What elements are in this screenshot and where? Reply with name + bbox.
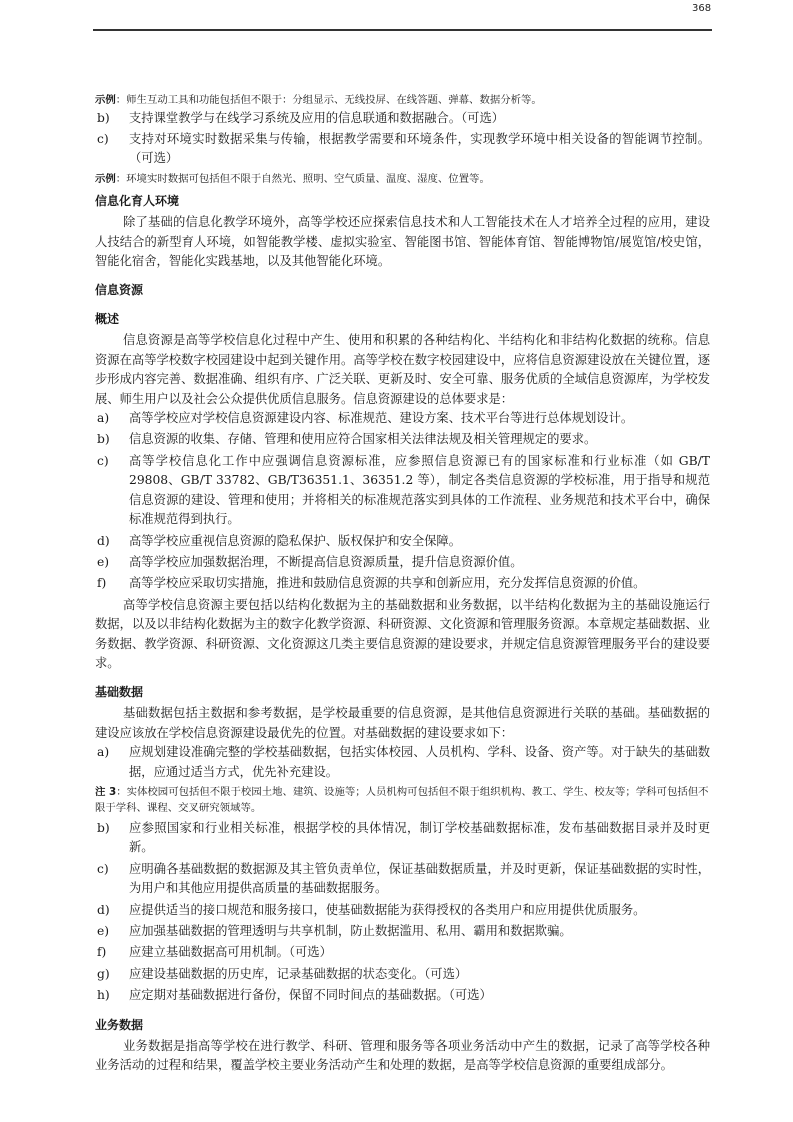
list-text: 应建设基础数据的历史库，记录基础数据的状态变化。（可选） <box>129 967 467 981</box>
section-heading: 概述 <box>95 310 710 329</box>
section-heading: 业务数据 <box>95 1016 710 1035</box>
list-label: e) <box>97 922 109 941</box>
note-text: ：实体校园可包括但不限于校园土地、建筑、设施等；人员机构可包括但不限于组织机构、… <box>95 786 709 815</box>
list-label: d) <box>97 532 110 551</box>
list-label: b) <box>97 819 110 838</box>
example-label: 示例 <box>95 173 116 185</box>
list-label: c) <box>97 860 109 879</box>
paragraph: 业务数据是指高等学校在进行教学、科研、管理和服务等各项业务活动中产生的数据，记录… <box>95 1037 710 1076</box>
list-item: b)支持课堂教学与在线学习系统及应用的信息联通和数据融合。（可选） <box>95 109 710 128</box>
list-text: 应参照国家和行业相关标准，根据学校的具体情况，制订学校基础数据标准，发布基础数据… <box>129 821 710 854</box>
list-text: 高等学校应对学校信息资源建设内容、标准规范、建设方案、技术平台等进行总体规划设计… <box>129 411 633 425</box>
document-body: 示例：师生互动工具和功能包括但不限于：分组显示、无线投屏、在线答题、弹幕、数据分… <box>95 92 710 1075</box>
list-item: b)信息资源的收集、存储、管理和使用应符合国家相关法律法规及相关管理规定的要求。 <box>95 430 710 449</box>
list-label: c) <box>97 452 109 471</box>
list-item: c)支持对环境实时数据采集与传输，根据教学需要和环境条件，实现教学环境中相关设备… <box>95 130 710 169</box>
note: 注 3：实体校园可包括但不限于校园土地、建筑、设施等；人员机构可包括但不限于组织… <box>95 784 710 817</box>
list-item: d)应提供适当的接口规范和服务接口，使基础数据能为获得授权的各类用户和应用提供优… <box>95 901 710 920</box>
list-text: 应建立基础数据高可用机制。（可选） <box>129 945 332 959</box>
list-label: d) <box>97 901 110 920</box>
list-item: f)高等学校应采取切实措施，推进和鼓励信息资源的共享和创新应用，充分发挥信息资源… <box>95 574 710 593</box>
list-label: b) <box>97 109 110 128</box>
list-item: e)应加强基础数据的管理透明与共享机制，防止数据滥用、私用、霸用和数据欺骗。 <box>95 922 710 941</box>
list-text: 支持课堂教学与在线学习系统及应用的信息联通和数据融合。（可选） <box>129 111 504 125</box>
list-item: g)应建设基础数据的历史库，记录基础数据的状态变化。（可选） <box>95 965 710 984</box>
list-item: c)高等学校信息化工作中应强调信息资源标准，应参照信息资源已有的国家标准和行业标… <box>95 452 710 530</box>
example-text: ：师生互动工具和功能包括但不限于：分组显示、无线投屏、在线答题、弹幕、数据分析等… <box>116 94 542 106</box>
list-text: 高等学校应采取切实措施，推进和鼓励信息资源的共享和创新应用，充分发挥信息资源的价… <box>129 576 645 590</box>
header-rule <box>93 29 712 31</box>
section-heading: 信息化育人环境 <box>95 192 710 211</box>
list-item: a)高等学校应对学校信息资源建设内容、标准规范、建设方案、技术平台等进行总体规划… <box>95 409 710 428</box>
list-label: e) <box>97 553 109 572</box>
section-heading: 信息资源 <box>95 281 710 300</box>
list-text: 支持对环境实时数据采集与传输，根据教学需要和环境条件，实现教学环境中相关设备的智… <box>129 132 710 165</box>
list-item: b)应参照国家和行业相关标准，根据学校的具体情况，制订学校基础数据标准，发布基础… <box>95 819 710 858</box>
page-number: 368 <box>692 3 711 14</box>
section-heading: 基础数据 <box>95 683 710 702</box>
list-text: 信息资源的收集、存储、管理和使用应符合国家相关法律法规及相关管理规定的要求。 <box>129 432 596 446</box>
list-label: a) <box>97 743 109 762</box>
list-item: h)应定期对基础数据进行备份，保留不同时间点的基础数据。（可选） <box>95 986 710 1005</box>
list-item: c)应明确各基础数据的数据源及其主管负责单位，保证基础数据质量，并及时更新，保证… <box>95 860 710 899</box>
example-label: 示例 <box>95 94 116 106</box>
list-label: b) <box>97 430 110 449</box>
note-label: 注 3 <box>95 786 116 798</box>
list-text: 高等学校应重视信息资源的隐私保护、版权保护和安全保障。 <box>129 534 461 548</box>
list-item: e)高等学校应加强数据治理，不断提高信息资源质量，提升信息资源价值。 <box>95 553 710 572</box>
list-label: a) <box>97 409 109 428</box>
example-text: ：环境实时数据可包括但不限于自然光、照明、空气质量、温度、湿度、位置等。 <box>116 173 490 185</box>
list-label: f) <box>97 943 106 962</box>
list-label: c) <box>97 130 109 149</box>
example-note: 示例：环境实时数据可包括但不限于自然光、照明、空气质量、温度、湿度、位置等。 <box>95 171 710 188</box>
list-text: 应加强基础数据的管理透明与共享机制，防止数据滥用、私用、霸用和数据欺骗。 <box>129 924 572 938</box>
list-text: 应定期对基础数据进行备份，保留不同时间点的基础数据。（可选） <box>129 988 492 1002</box>
list-text: 应提供适当的接口规范和服务接口，使基础数据能为获得授权的各类用户和应用提供优质服… <box>129 903 645 917</box>
example-note: 示例：师生互动工具和功能包括但不限于：分组显示、无线投屏、在线答题、弹幕、数据分… <box>95 92 710 109</box>
paragraph: 除了基础的信息化教学环境外，高等学校还应探索信息技术和人工智能技术在人才培养全过… <box>95 213 710 271</box>
list-label: f) <box>97 574 106 593</box>
list-item: d)高等学校应重视信息资源的隐私保护、版权保护和安全保障。 <box>95 532 710 551</box>
list-text: 高等学校信息化工作中应强调信息资源标准，应参照信息资源已有的国家标准和行业标准（… <box>129 454 710 526</box>
list-label: g) <box>97 965 110 984</box>
list-item: a)应规划建设准确完整的学校基础数据，包括实体校园、人员机构、学科、设备、资产等… <box>95 743 710 782</box>
paragraph: 基础数据包括主数据和参考数据，是学校最重要的信息资源，是其他信息资源进行关联的基… <box>95 704 710 743</box>
list-text: 应明确各基础数据的数据源及其主管负责单位，保证基础数据质量，并及时更新，保证基础… <box>129 862 710 895</box>
list-label: h) <box>97 986 110 1005</box>
list-text: 高等学校应加强数据治理，不断提高信息资源质量，提升信息资源价值。 <box>129 555 523 569</box>
paragraph: 信息资源是高等学校信息化过程中产生、使用和积累的各种结构化、半结构化和非结构化数… <box>95 331 710 409</box>
list-text: 应规划建设准确完整的学校基础数据，包括实体校园、人员机构、学科、设备、资产等。对… <box>129 745 710 778</box>
list-item: f)应建立基础数据高可用机制。（可选） <box>95 943 710 962</box>
paragraph: 高等学校信息资源主要包括以结构化数据为主的基础数据和业务数据，以半结构化数据为主… <box>95 596 710 674</box>
